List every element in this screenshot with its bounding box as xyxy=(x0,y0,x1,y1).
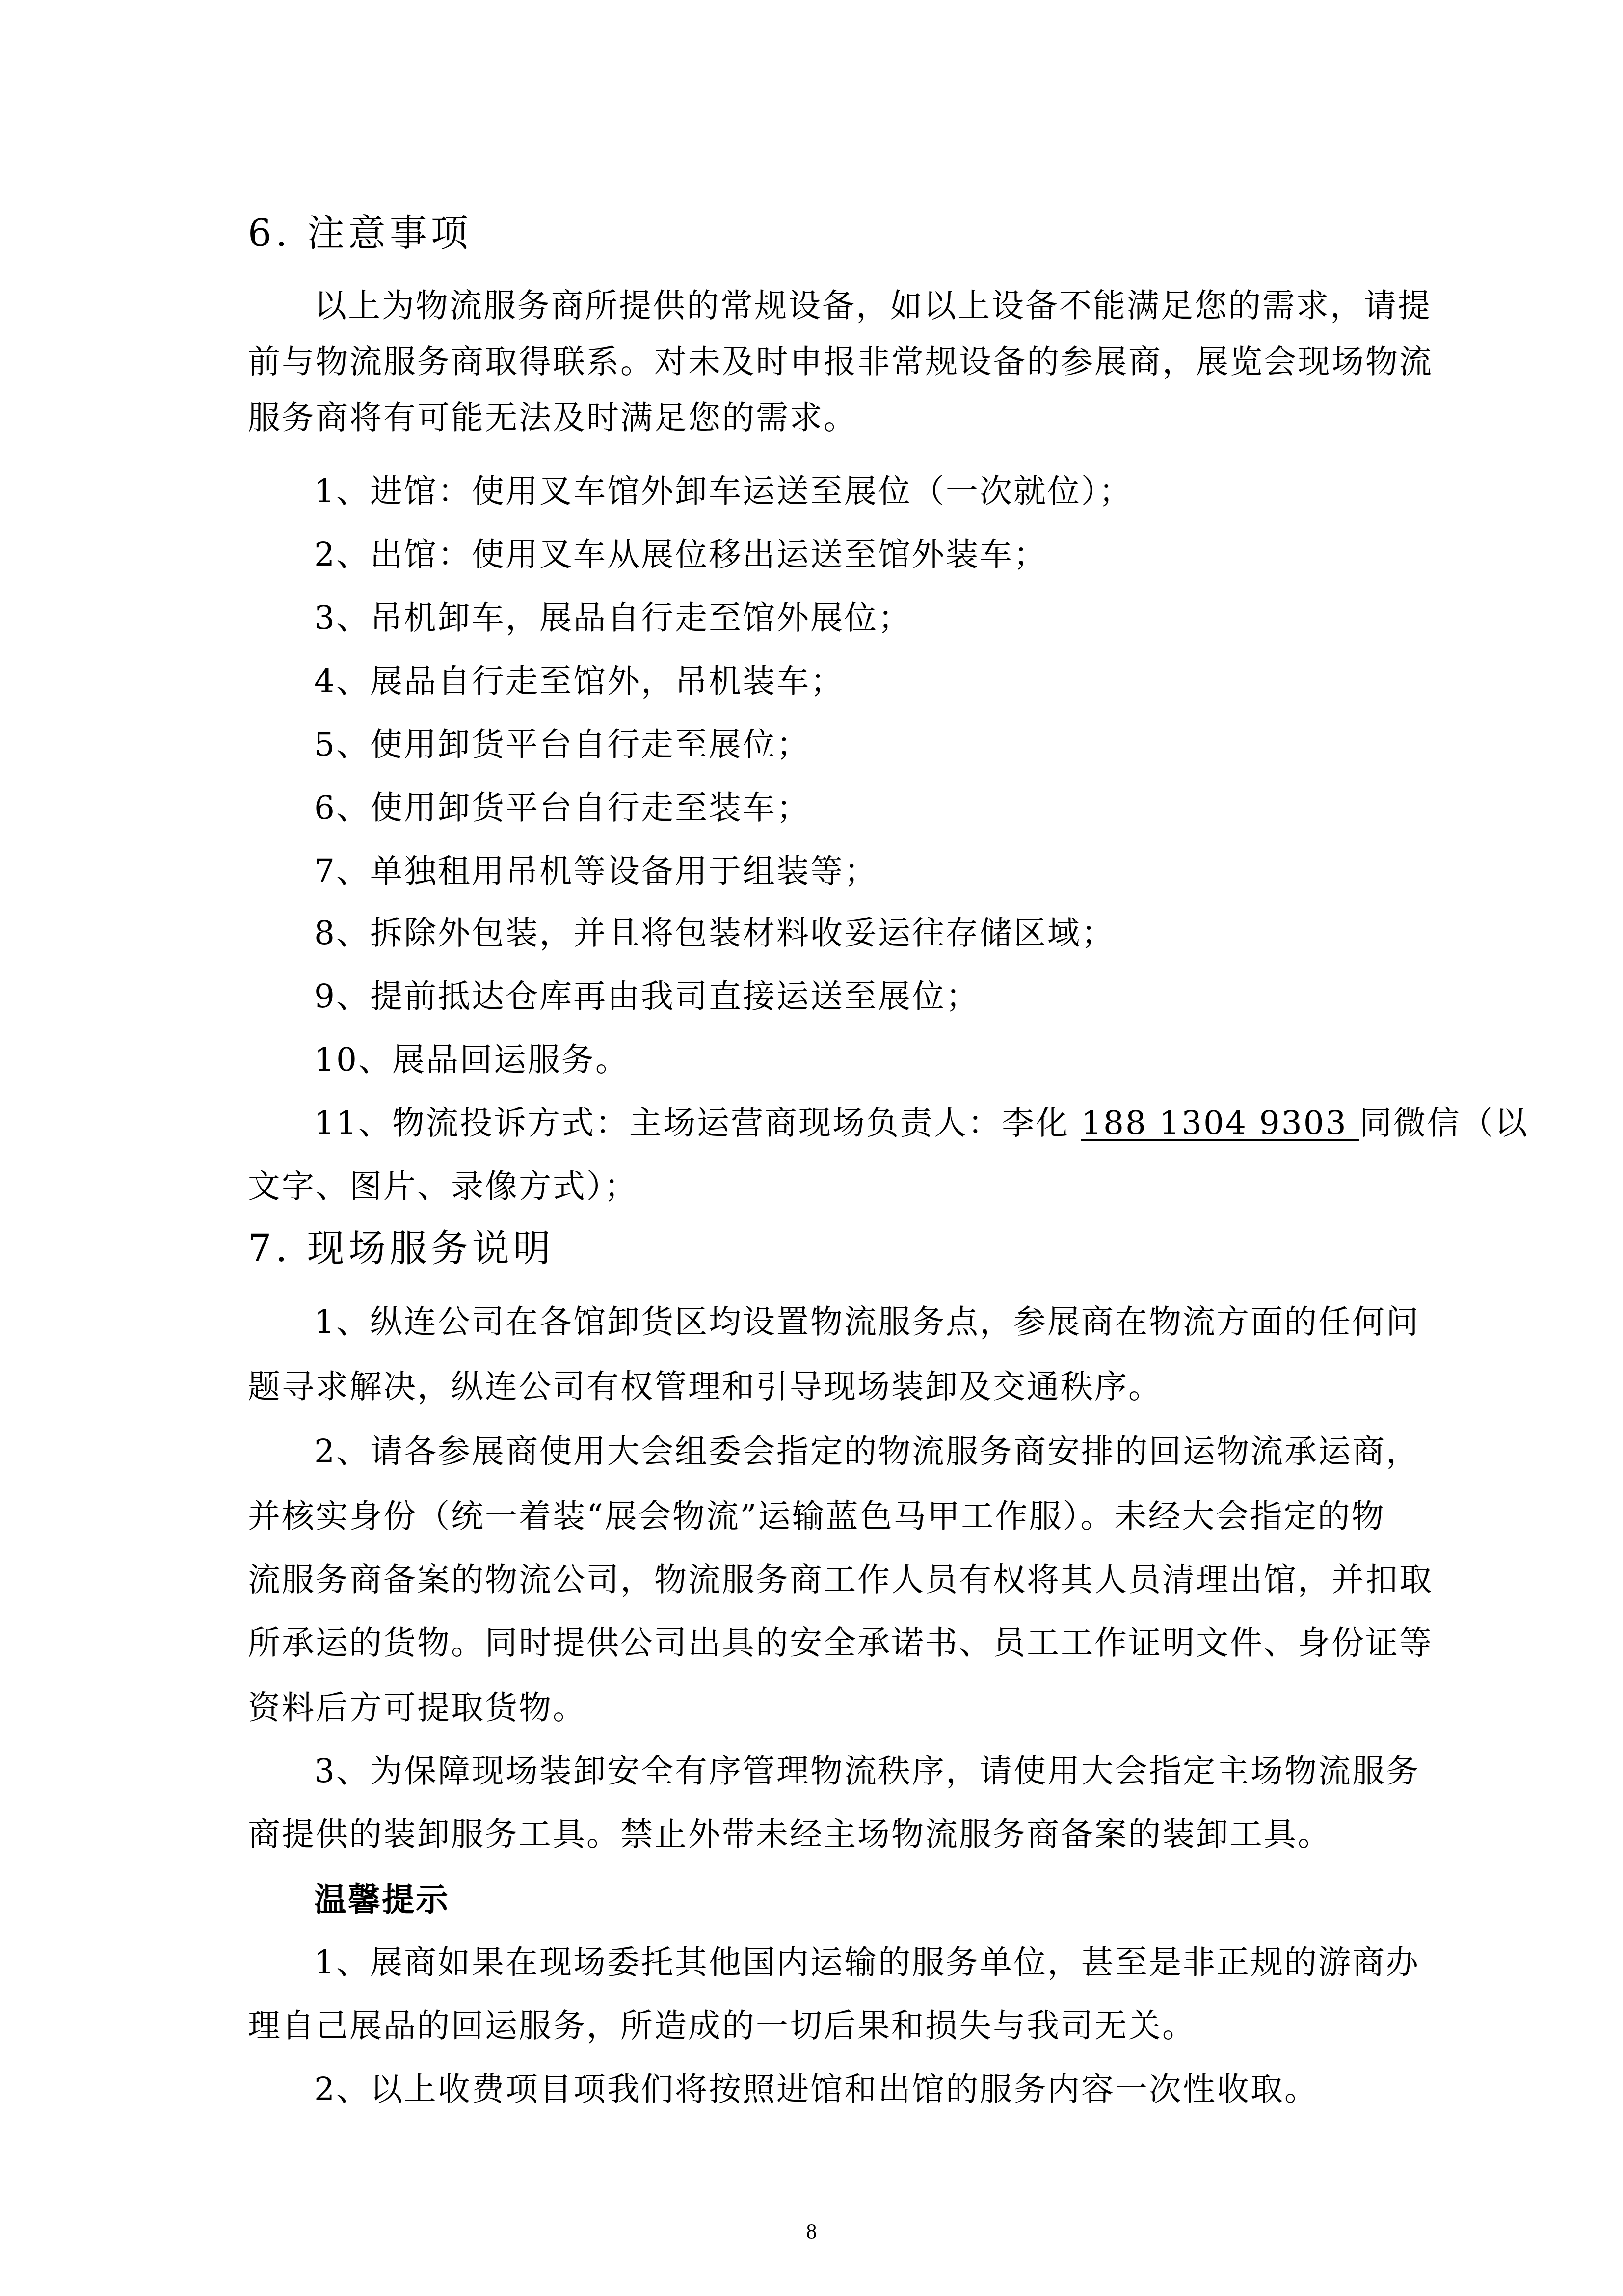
section-7-para-2-line-4: 所承运的货物。同时提供公司出具的安全承诺书、员工工作证明文件、身份证等 xyxy=(248,1621,1386,1665)
tips-heading: 温馨提示 xyxy=(314,1877,1386,1921)
list-item-7: 7、单独租用吊机等设备用于组装等； xyxy=(314,849,1386,893)
tips-para-1-line-2: 理自己展品的回运服务，所造成的一切后果和损失与我司无关。 xyxy=(248,2004,1386,2048)
phone-number: 188 1304 9303 xyxy=(1081,1104,1359,1142)
section-7-para-2-line-5: 资料后方可提取货物。 xyxy=(248,1686,1386,1730)
list-item-5: 5、使用卸货平台自行走至展位； xyxy=(314,723,1386,767)
list-item-11-continuation: 文字、图片、录像方式）； xyxy=(248,1164,1386,1209)
document-page: 6. 注意事项 以上为物流服务商所提供的常规设备，如以上设备不能满足您的需求，请… xyxy=(0,0,1623,2296)
section-7-para-2-line-1: 2、请各参展商使用大会组委会指定的物流服务商安排的回运物流承运商， xyxy=(314,1430,1386,1474)
section-7-para-1-line-1: 1、纵连公司在各馆卸货区均设置物流服务点，参展商在物流方面的任何问 xyxy=(314,1300,1386,1344)
section-6-intro-line-1: 以上为物流服务商所提供的常规设备，如以上设备不能满足您的需求，请提 xyxy=(314,284,1386,328)
page-number: 8 xyxy=(0,2219,1623,2244)
section-7-para-1-line-2: 题寻求解决，纵连公司有权管理和引导现场装卸及交通秩序。 xyxy=(248,1365,1386,1409)
list-item-11: 11、物流投诉方式：主场运营商现场负责人：李化 188 1304 9303 同微… xyxy=(314,1101,1386,1145)
list-item-2: 2、出馆：使用叉车从展位移出运送至馆外装车； xyxy=(314,533,1386,577)
complaint-contact-label: 11、物流投诉方式：主场运营商现场负责人：李化 xyxy=(314,1104,1081,1142)
list-item-4: 4、展品自行走至馆外，吊机装车； xyxy=(314,659,1386,703)
section-7-para-3-line-1: 3、为保障现场装卸安全有序管理物流秩序，请使用大会指定主场物流服务 xyxy=(314,1749,1386,1793)
section-6-heading: 6. 注意事项 xyxy=(248,211,1386,255)
section-7-para-2-line-2: 并核实身份（统一着装“展会物流”运输蓝色马甲工作服）。未经大会指定的物 xyxy=(248,1494,1386,1539)
section-7-heading: 7. 现场服务说明 xyxy=(248,1226,1386,1270)
tips-para-1-line-1: 1、展商如果在现场委托其他国内运输的服务单位，甚至是非正规的游商办 xyxy=(314,1941,1386,1985)
list-item-1: 1、进馆：使用叉车馆外卸车运送至展位（一次就位）； xyxy=(314,469,1386,513)
complaint-contact-suffix: 同微信（以 xyxy=(1359,1104,1529,1142)
section-6-intro-line-2: 前与物流服务商取得联系。对未及时申报非常规设备的参展商，展览会现场物流 xyxy=(248,340,1386,384)
list-item-10: 10、展品回运服务。 xyxy=(314,1038,1386,1082)
list-item-3: 3、吊机卸车，展品自行走至馆外展位； xyxy=(314,596,1386,640)
list-item-8: 8、拆除外包装，并且将包装材料收妥运往存储区域； xyxy=(314,911,1386,955)
section-6-intro-line-3: 服务商将有可能无法及时满足您的需求。 xyxy=(248,396,1386,440)
list-item-6: 6、使用卸货平台自行走至装车； xyxy=(314,786,1386,830)
list-item-9: 9、提前抵达仓库再由我司直接运送至展位； xyxy=(314,974,1386,1019)
section-7-para-3-line-2: 商提供的装卸服务工具。禁止外带未经主场物流服务商备案的装卸工具。 xyxy=(248,1812,1386,1857)
tips-para-2-line-1: 2、以上收费项目项我们将按照进馆和出馆的服务内容一次性收取。 xyxy=(314,2067,1386,2111)
section-7-para-2-line-3: 流服务商备案的物流公司，物流服务商工作人员有权将其人员清理出馆，并扣取 xyxy=(248,1558,1386,1602)
